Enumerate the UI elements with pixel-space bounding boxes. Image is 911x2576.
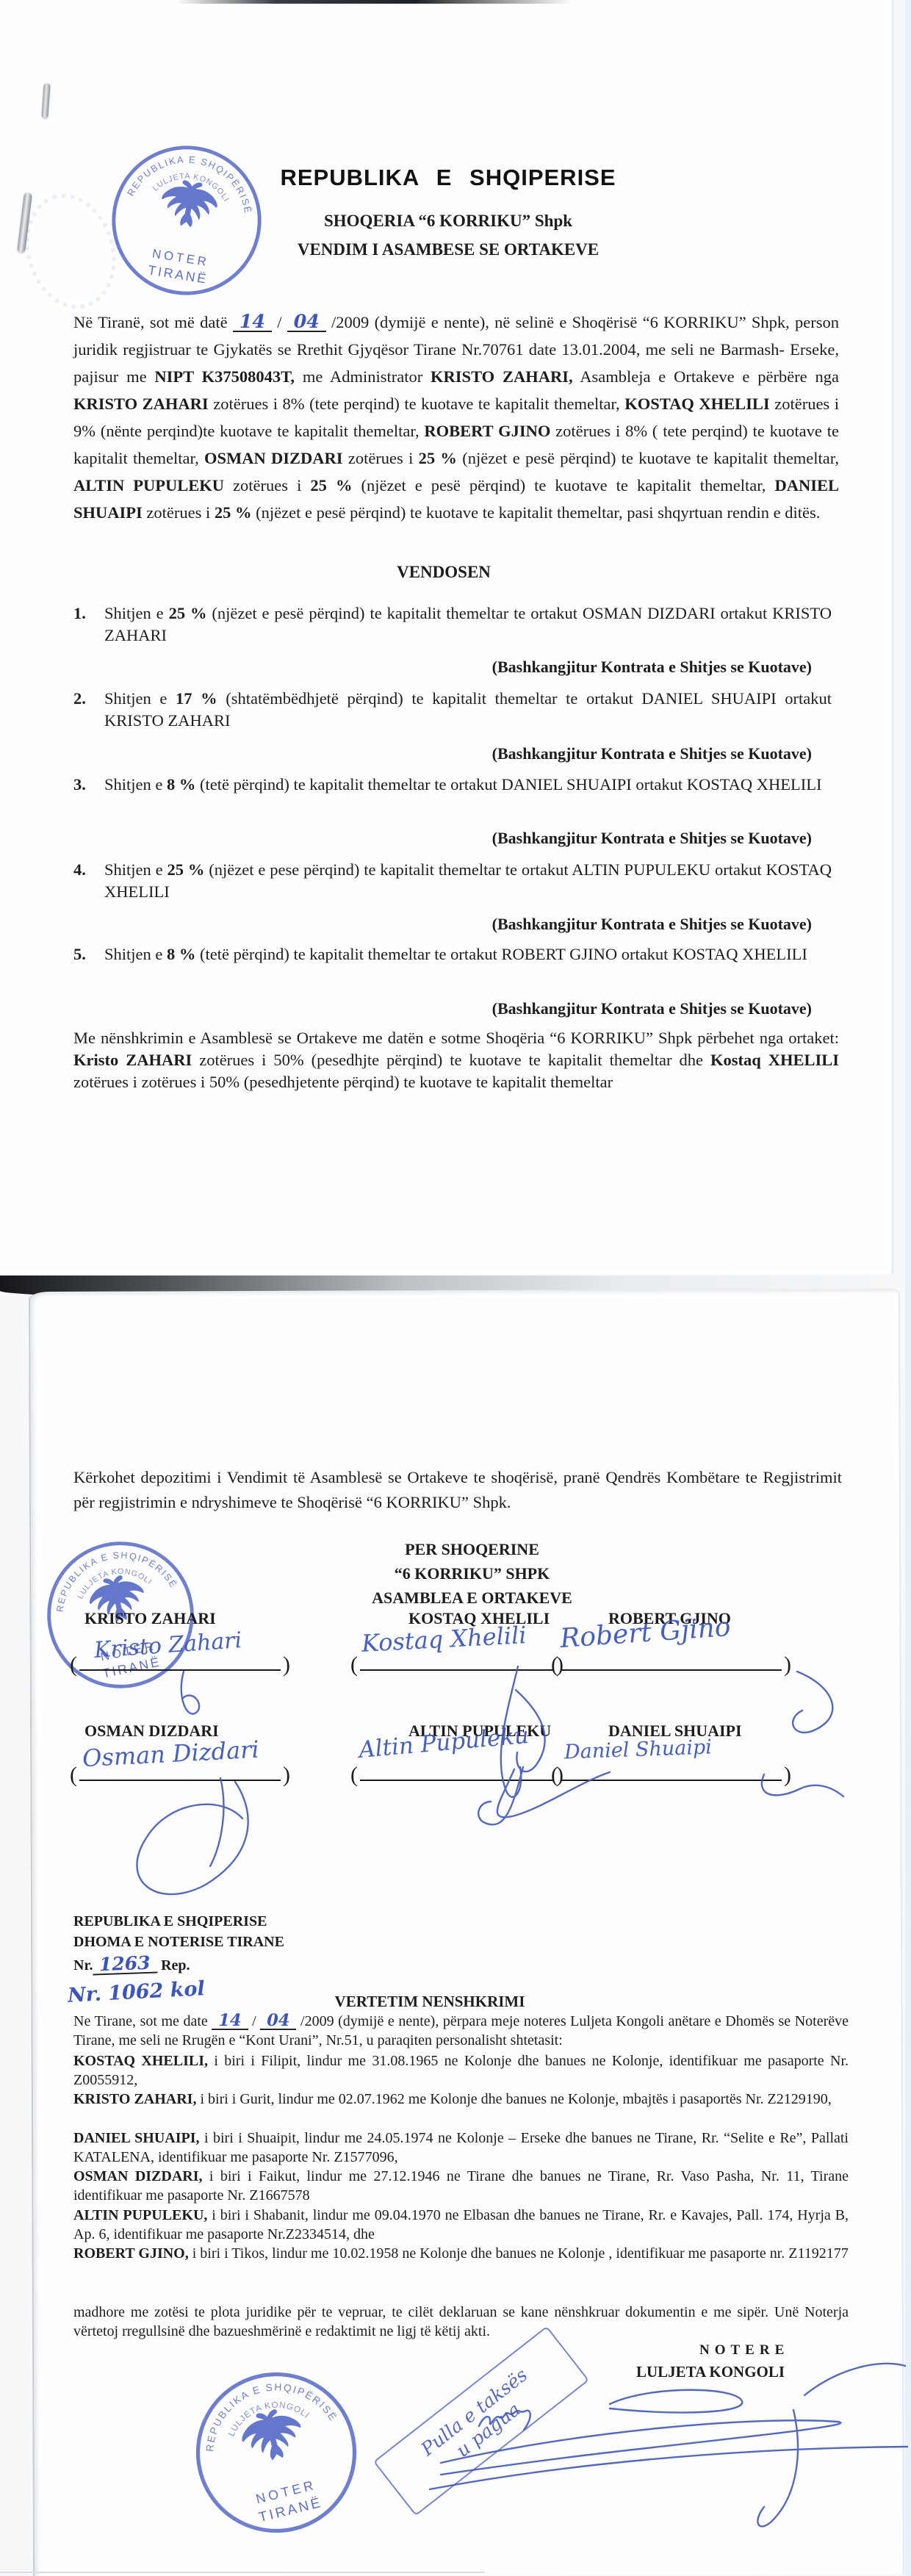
decision-item: Shitjen e 8 % (tetë përqind) te kapitali… <box>104 943 832 965</box>
signature-rule <box>360 1759 554 1781</box>
closing-paragraph: Me nënshkrimin e Asamblesë se Ortakeve m… <box>73 1027 839 1093</box>
rep-prefix: Nr. <box>73 1957 93 1974</box>
notary-name: LULJETA KONGOLI <box>636 2363 785 2381</box>
rep-number-handwritten: 1263 <box>93 1953 157 1975</box>
notary-header-line1: REPUBLIKA E SHQIPERISE <box>73 1913 267 1930</box>
rep-number-line: Nr.1263 Rep. <box>73 1954 190 1974</box>
attachment-note: (Bashkangjitur Kontrata e Shitjes se Kuo… <box>103 829 812 848</box>
intro-paragraph: Në Tiranë, sot më datë 14 / 04 /2009 (dy… <box>73 309 839 526</box>
decision-item: Shitjen e 17 % (shtatëmbëdhjetë përqind)… <box>104 688 832 732</box>
person-entry: DANIEL SHUAIPI, i biri i Shuaipit, lindu… <box>73 2129 849 2167</box>
decision-item-number: 4. <box>73 859 86 881</box>
deposit-paragraph: Kërkohet depozitimi i Vendimit të Asambl… <box>73 1465 842 1515</box>
decision-item: Shitjen e 25 % (njëzet e pesë përqind) t… <box>104 602 832 647</box>
attachment-note: (Bashkangjitur Kontrata e Shitjes se Kuo… <box>103 744 812 763</box>
signatory-name: KRISTO ZAHARI <box>84 1609 216 1628</box>
paren-open: ( <box>551 1654 558 1676</box>
rep-suffix: Rep. <box>161 1957 190 1974</box>
decision-item-number: 1. <box>73 602 86 625</box>
decision-item-number: 2. <box>73 688 86 710</box>
certification-heading: VERTETIM NENSHKRIMI <box>0 1993 860 2011</box>
decision-item-number: 3. <box>73 774 86 796</box>
paren-close: ) <box>283 1764 290 1786</box>
top-edge-sliver <box>176 0 573 4</box>
paren-open: ( <box>70 1764 77 1786</box>
decision-item-number: 5. <box>73 943 86 965</box>
person-entry: KRISTO ZAHARI, i biri i Gurit, lindur me… <box>73 2090 849 2109</box>
company-subtitle: SHOQERIA “6 KORRIKU” Shpk <box>110 212 786 231</box>
decision-item: Shitjen e 25 % (njëzet e pese përqind) t… <box>104 859 832 903</box>
certification-intro: Ne Tirane, sot me date 14 / 04 /2009 (dy… <box>73 2012 849 2050</box>
page-title: REPUBLIKA E SHQIPERISE <box>110 165 786 191</box>
attachment-note: (Bashkangjitur Kontrata e Shitjes se Kuo… <box>103 915 812 934</box>
person-entry: ROBERT GJINO, i biri i Tikos, lindur me … <box>73 2244 849 2263</box>
paren-open: ( <box>551 1764 558 1786</box>
notary-title: NOTERE <box>699 2342 789 2359</box>
signature-rule <box>561 1649 782 1671</box>
scanner-edge-strip <box>905 0 911 2576</box>
company-block-line3: ASAMBLEA E ORTAKEVE <box>44 1589 900 1608</box>
person-entry: ALTIN PUPULEKU, i biri i Shabanit, lindu… <box>73 2206 849 2244</box>
company-block-line2: “6 KORRIKU” SHPK <box>44 1564 900 1583</box>
certification-closing: madhore me zotësi te plota juridike për … <box>73 2303 849 2341</box>
attachment-note: (Bashkangjitur Kontrata e Shitjes se Kuo… <box>103 658 812 677</box>
paren-open: ( <box>350 1654 358 1676</box>
paren-close: ) <box>784 1654 791 1676</box>
paren-close: ) <box>283 1654 290 1676</box>
person-entry: KOSTAQ XHELILI, i biri i Filipit, lindur… <box>73 2051 849 2090</box>
decision-heading: VENDIM I ASAMBESE SE ORTAKEVE <box>110 240 786 259</box>
scanned-document: { "page1": { "header": { "republic_title… <box>0 0 911 2576</box>
paren-open: ( <box>70 1654 77 1676</box>
resolved-heading: VENDOSEN <box>73 563 814 582</box>
person-entry: OSMAN DIZDARI, i biri i Faikut, lindur m… <box>73 2167 849 2205</box>
decision-item: Shitjen e 8 % (tetë përqind) te kapitali… <box>104 774 832 796</box>
paren-open: ( <box>350 1764 358 1786</box>
notary-header-line2: DHOMA E NOTERISE TIRANE <box>73 1934 284 1951</box>
attachment-note: (Bashkangjitur Kontrata e Shitjes se Kuo… <box>103 999 812 1018</box>
paren-close: ) <box>784 1764 791 1786</box>
bottom-edge-line <box>0 2572 485 2573</box>
company-block-line1: PER SHOQERINE <box>44 1540 900 1559</box>
